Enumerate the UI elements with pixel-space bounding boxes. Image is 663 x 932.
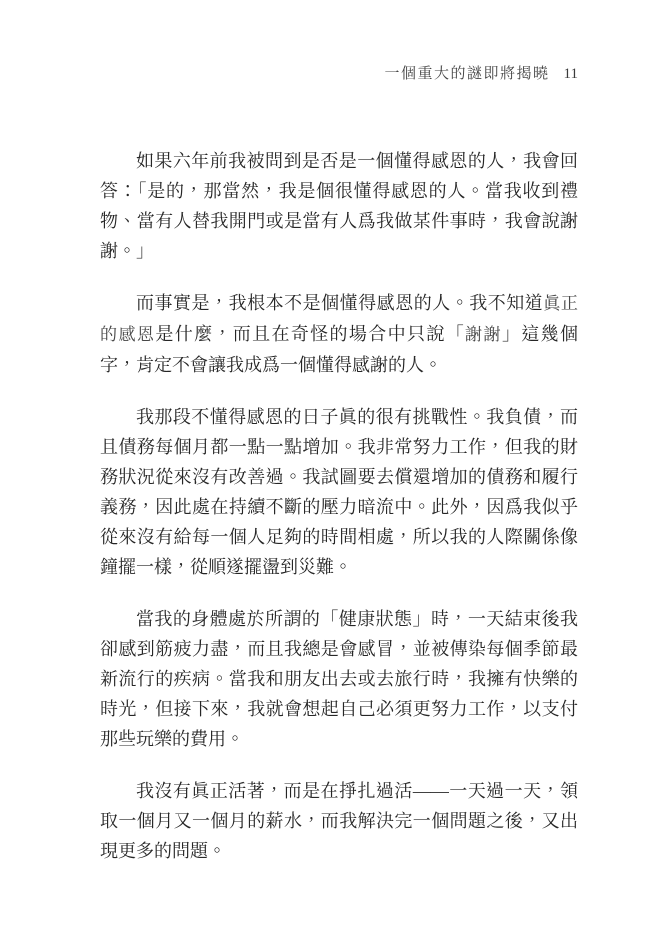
paragraph-text: 而事實是，我根本不是個懂得感恩的人。我不知道 — [136, 293, 543, 313]
paragraph-text: 如果六年前我被問到是否是一個懂得感恩的人，我會回答：「是的，那當然，我是個很懂得… — [100, 151, 578, 261]
paragraph-text: 是什麼，而且在奇怪的場合中只說「 — [155, 324, 465, 344]
paragraph-text: 我那段不懂得感恩的日子眞的很有挑戰性。我負債，而且債務每個月都一點一點增加。我非… — [100, 407, 578, 577]
paragraph: 當我的身體處於所謂的「健康狀態」時，一天結束後我卻感到筋疲力盡，而且我總是會感冒… — [100, 604, 578, 754]
page-body: 如果六年前我被問到是否是一個懂得感恩的人，我會回答：「是的，那當然，我是個很懂得… — [100, 146, 578, 888]
paragraph-text: 我沒有眞正活著，而是在掙扎過活——一天過一天，領取一個月又一個月的薪水，而我解決… — [100, 781, 578, 861]
paragraph: 我那段不懂得感恩的日子眞的很有挑戰性。我負債，而且債務每個月都一點一點增加。我非… — [100, 402, 578, 582]
paragraph: 而事實是，我根本不是個懂得感恩的人。我不知道眞正的感恩是什麼，而且在奇怪的場合中… — [100, 288, 578, 380]
emphasized-text: 謝謝 — [465, 325, 502, 344]
page-number: 11 — [564, 66, 578, 82]
paragraph: 我沒有眞正活著，而是在掙扎過活——一天過一天，領取一個月又一個月的薪水，而我解決… — [100, 776, 578, 866]
running-title: 一個重大的謎即將揭曉 — [385, 66, 550, 82]
book-page: 一個重大的謎即將揭曉11 如果六年前我被問到是否是一個懂得感恩的人，我會回答：「… — [0, 0, 663, 932]
running-header: 一個重大的謎即將揭曉11 — [100, 62, 578, 83]
paragraph: 如果六年前我被問到是否是一個懂得感恩的人，我會回答：「是的，那當然，我是個很懂得… — [100, 146, 578, 266]
paragraph-text: 當我的身體處於所謂的「健康狀態」時，一天結束後我卻感到筋疲力盡，而且我總是會感冒… — [100, 609, 578, 749]
